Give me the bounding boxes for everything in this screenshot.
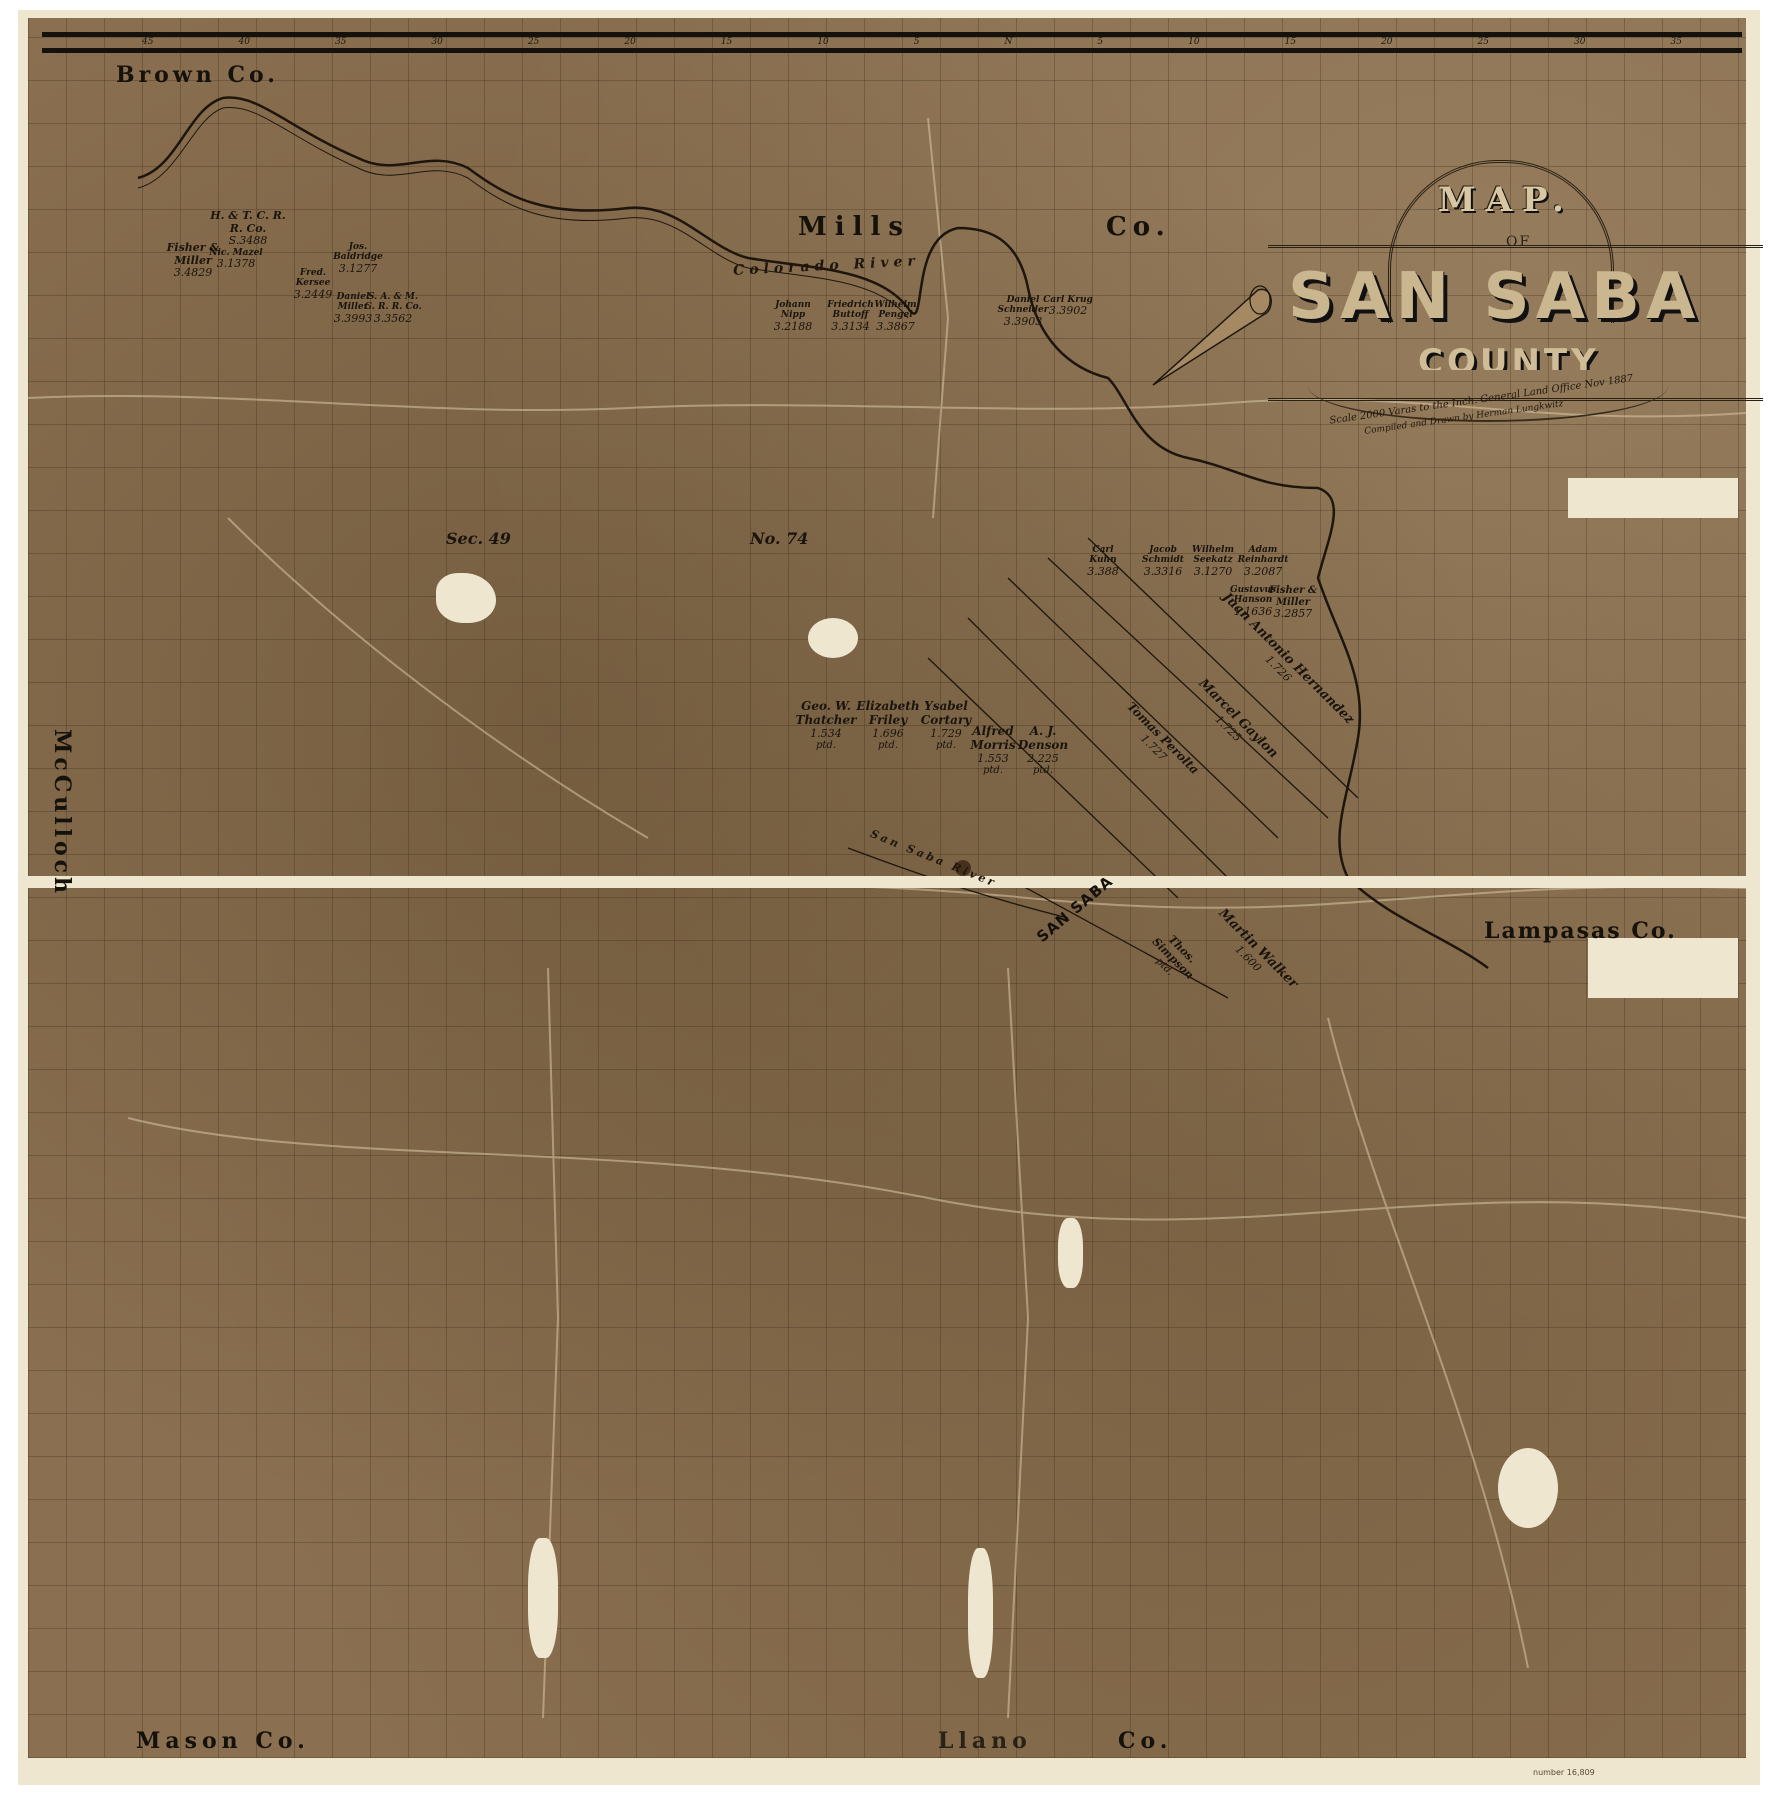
county-label-lampasas: Lampasas Co. [1484,918,1677,944]
section-label: Sec. 49 [446,530,511,548]
county-label-brown: Brown Co. [116,62,279,88]
tract-number: 3.2087 [1233,566,1293,579]
scale-tick: 20 [1381,37,1392,48]
archive-number: number 16,809 [1533,1768,1595,1777]
county-label-llano-co: Co. [1118,1728,1172,1754]
scale-tick: 25 [528,37,539,48]
scale-tick: 35 [335,37,346,48]
tract-label: H. & T. C. R. R. Co. S.3488 [208,210,288,248]
scale-tick: 15 [721,37,732,48]
scale-tick: 40 [238,37,249,48]
county-label-mills: Mills [798,212,911,242]
scale-tick: 45 [142,37,153,48]
paper-tear [1568,478,1738,518]
tract-owner: Adam Reinhardt [1233,545,1293,566]
tract-number: 3.388 [1078,566,1128,579]
section-label: No. 74 [750,530,808,548]
scale-tick: 15 [1285,37,1296,48]
tract-label: Adam Reinhardt 3.2087 [1233,545,1293,578]
tract-owner: Wilhelm Pengel [868,300,923,321]
title-of: OF [1506,234,1531,250]
tract-label: Nic. Mazel 3.1378 [206,248,266,271]
paper-tear [528,1538,558,1658]
tract-number: 3.1378 [206,258,266,271]
tract-label: Carl Krug 3.3902 [1038,295,1098,318]
tract-number: 2.225 [1008,753,1078,766]
scale-tick: 10 [817,37,828,48]
tract-label: Jos. Baldridge 3.1277 [328,242,388,275]
tract-number: 3.3902 [1038,305,1098,318]
title-cartouche: MAP. OF SAN SABA COUNTY Scale 2000 Varas… [1268,160,1768,420]
scale-bar-ticks: 45 40 35 30 25 20 15 10 5 N 5 10 15 20 2… [142,37,1682,48]
county-label-mills-co: Co. [1106,212,1171,242]
county-label-mcculloch: McCulloch [49,729,75,897]
tract-number: 3.3562 [363,313,423,326]
tract-label: Wilhelm Pengel 3.3867 [868,300,923,333]
scale-tick: 5 [914,37,920,48]
paper-tear [28,876,1746,888]
scale-bar-bottom-line [42,48,1742,53]
tract-number: 3.2188 [768,321,818,334]
county-label-llano: Llano [938,1728,1032,1754]
tract-note: ptd. [1008,765,1078,777]
tract-label: S. A. & M. G. R. R. Co. 3.3562 [363,292,423,325]
paper-tear [808,618,858,658]
paper-tear [1058,1218,1083,1288]
tract-number: S.3488 [208,235,288,248]
tract-owner: Johann Nipp [768,300,818,321]
scale-tick: 30 [431,37,442,48]
tract-owner: S. A. & M. G. R. R. Co. [363,292,423,313]
paper-tear [436,573,496,623]
scale-bar: 45 40 35 30 25 20 15 10 5 N 5 10 15 20 2… [42,32,1742,58]
tract-owner: Jos. Baldridge [328,242,388,263]
tract-label: Johann Nipp 3.2188 [768,300,818,333]
tract-number: 1.1636 [1228,606,1278,619]
scale-tick: 10 [1188,37,1199,48]
map-sheet: 45 40 35 30 25 20 15 10 5 N 5 10 15 20 2… [18,10,1760,1785]
paper-tear [1588,938,1738,998]
tract-owner: A. J. Denson [1008,725,1078,753]
scale-tick: 30 [1574,37,1585,48]
scale-tick-north: N [1005,37,1013,48]
tract-owner: Gustavus Hanson [1228,585,1278,606]
county-label-mason: Mason Co. [136,1728,310,1754]
paper-tear [1498,1448,1558,1528]
title-county-name: SAN SABA [1288,260,1701,334]
quill-scroll-icon [1148,280,1278,390]
tract-number: 3.1277 [328,263,388,276]
title-map: MAP. [1438,180,1574,220]
paper-tear [968,1548,993,1678]
tract-label: Carl Kuhn 3.388 [1078,545,1128,578]
scale-tick: 20 [624,37,635,48]
scale-tick: 5 [1097,37,1103,48]
tract-label: A. J. Denson 2.225 ptd. [1008,725,1078,777]
scale-tick: 25 [1478,37,1489,48]
scale-tick: 35 [1670,37,1681,48]
tract-owner: H. & T. C. R. R. Co. [208,210,288,235]
tract-label: Gustavus Hanson 1.1636 [1228,585,1278,618]
tract-owner: Carl Kuhn [1078,545,1128,566]
tract-number: 3.3867 [868,321,923,334]
